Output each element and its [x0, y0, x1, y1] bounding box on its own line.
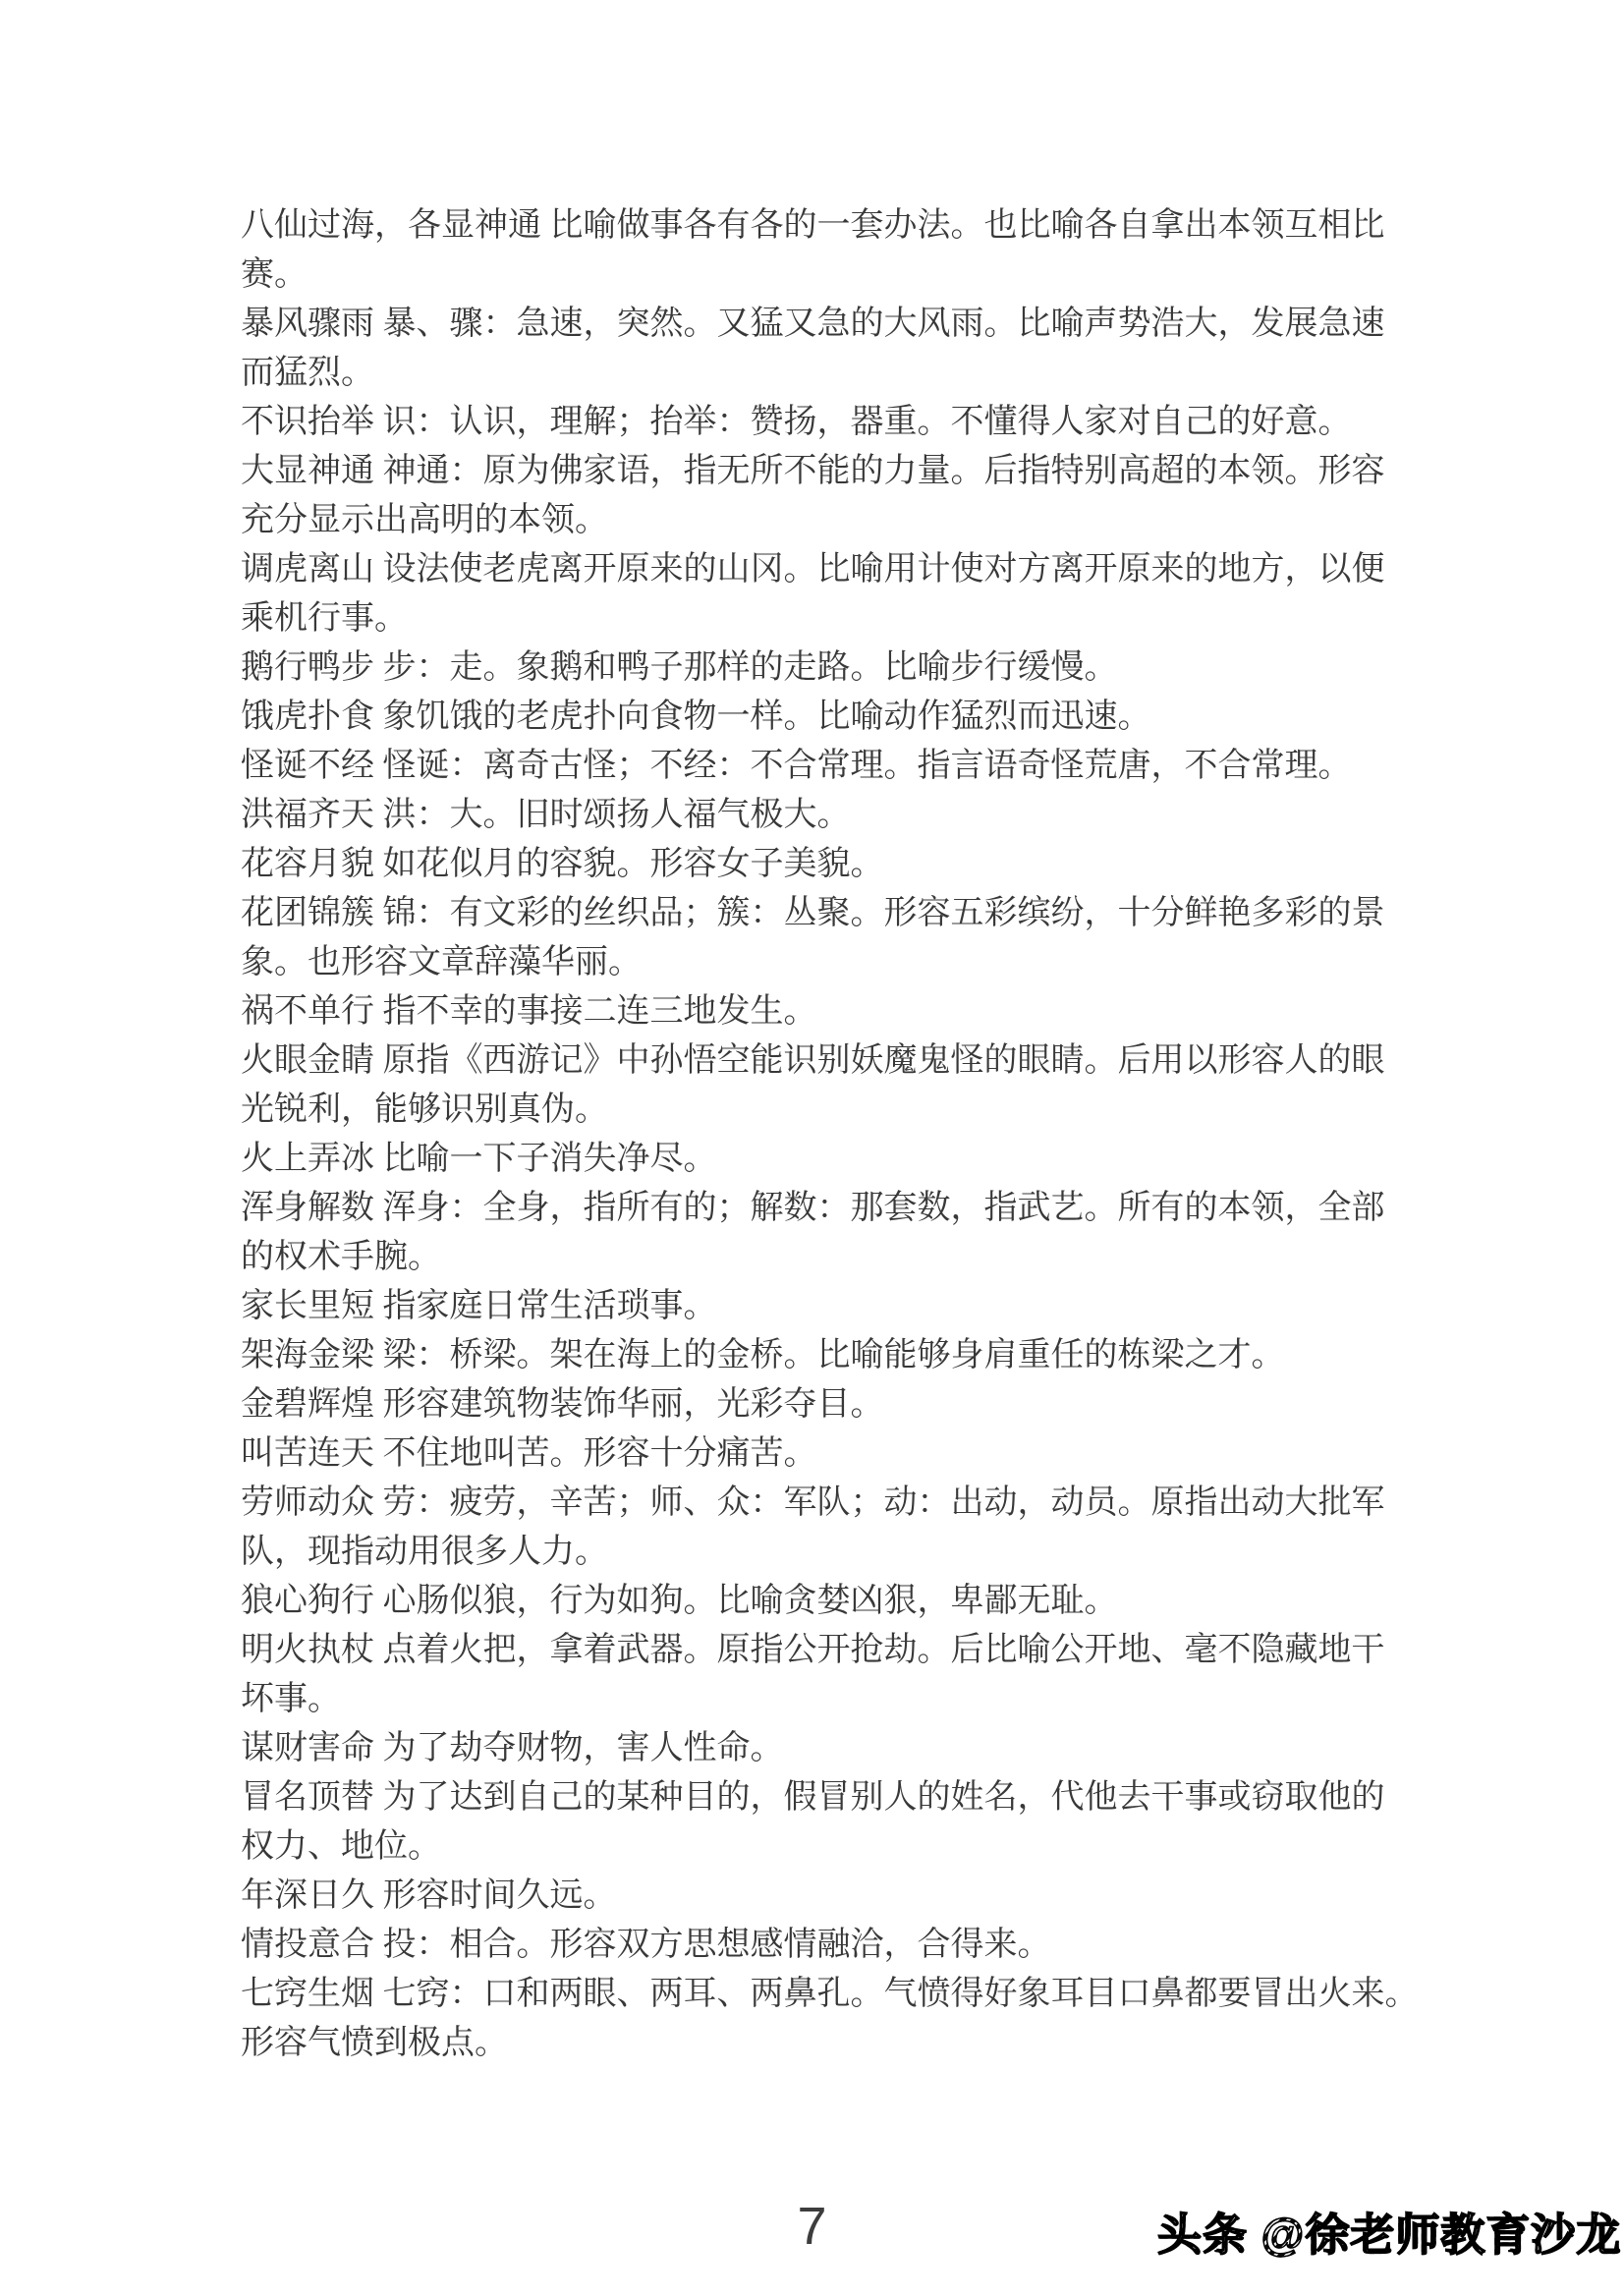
text-line: 狼心狗行 心肠似狼，行为如狗。比喻贪婪凶狠，卑鄙无耻。 — [241, 1577, 1479, 1626]
idiom-list: 八仙过海，各显神通 比喻做事各有各的一套办法。也比喻各自拿出本领互相比赛。暴风骤… — [241, 201, 1479, 2068]
idiom-entry: 怪诞不经 怪诞：离奇古怪；不经：不合常理。指言语奇怪荒唐，不合常理。 — [241, 742, 1479, 791]
text-line: 花容月貌 如花似月的容貌。形容女子美貌。 — [241, 840, 1479, 889]
text-line: 象。也形容文章辞藻华丽。 — [241, 938, 1479, 987]
idiom-entry: 明火执杖 点着火把，拿着武器。原指公开抢劫。后比喻公开地、毫不隐藏地干坏事。 — [241, 1626, 1479, 1724]
text-line: 年深日久 形容时间久远。 — [241, 1872, 1479, 1921]
text-line: 权力、地位。 — [241, 1822, 1479, 1872]
text-line: 叫苦连天 不住地叫苦。形容十分痛苦。 — [241, 1429, 1479, 1479]
text-line: 七窍生烟 七窍：口和两眼、两耳、两鼻孔。气愤得好象耳目口鼻都要冒出火来。 — [241, 1970, 1479, 2019]
text-line: 大显神通 神通：原为佛家语，指无所不能的力量。后指特别高超的本领。形容 — [241, 447, 1479, 496]
idiom-entry: 谋财害命 为了劫夺财物，害人性命。 — [241, 1724, 1479, 1773]
idiom-entry: 花团锦簇 锦：有文彩的丝织品；簇：丛聚。形容五彩缤纷，十分鲜艳多彩的景象。也形容… — [241, 889, 1479, 987]
text-line: 光锐利，能够识别真伪。 — [241, 1086, 1479, 1135]
text-line: 花团锦簇 锦：有文彩的丝织品；簇：丛聚。形容五彩缤纷，十分鲜艳多彩的景 — [241, 889, 1479, 938]
idiom-entry: 大显神通 神通：原为佛家语，指无所不能的力量。后指特别高超的本领。形容充分显示出… — [241, 447, 1479, 545]
watermark: 头条 @徐老师教育沙龙 — [1157, 2209, 1621, 2262]
text-line: 的权术手腕。 — [241, 1233, 1479, 1282]
idiom-entry: 情投意合 投：相合。形容双方思想感情融洽，合得来。 — [241, 1921, 1479, 1970]
idiom-entry: 洪福齐天 洪：大。旧时颂扬人福气极大。 — [241, 791, 1479, 840]
idiom-entry: 祸不单行 指不幸的事接二连三地发生。 — [241, 987, 1479, 1036]
text-line: 明火执杖 点着火把，拿着武器。原指公开抢劫。后比喻公开地、毫不隐藏地干 — [241, 1626, 1479, 1675]
text-line: 架海金梁 梁：桥梁。架在海上的金桥。比喻能够身肩重任的栋梁之才。 — [241, 1331, 1479, 1380]
idiom-entry: 浑身解数 浑身：全身，指所有的；解数：那套数，指武艺。所有的本领，全部的权术手腕… — [241, 1184, 1479, 1282]
idiom-entry: 七窍生烟 七窍：口和两眼、两耳、两鼻孔。气愤得好象耳目口鼻都要冒出火来。形容气愤… — [241, 1970, 1479, 2068]
text-line: 饿虎扑食 象饥饿的老虎扑向食物一样。比喻动作猛烈而迅速。 — [241, 693, 1479, 742]
text-line: 鹅行鸭步 步：走。象鹅和鸭子那样的走路。比喻步行缓慢。 — [241, 644, 1479, 693]
idiom-entry: 火眼金睛 原指《西游记》中孙悟空能识别妖魔鬼怪的眼睛。后用以形容人的眼光锐利，能… — [241, 1036, 1479, 1135]
text-line: 赛。 — [241, 251, 1479, 300]
idiom-entry: 饿虎扑食 象饥饿的老虎扑向食物一样。比喻动作猛烈而迅速。 — [241, 693, 1479, 742]
idiom-entry: 冒名顶替 为了达到自己的某种目的，假冒别人的姓名，代他去干事或窃取他的权力、地位… — [241, 1773, 1479, 1872]
text-line: 而猛烈。 — [241, 349, 1479, 398]
idiom-entry: 架海金梁 梁：桥梁。架在海上的金桥。比喻能够身肩重任的栋梁之才。 — [241, 1331, 1479, 1380]
idiom-entry: 狼心狗行 心肠似狼，行为如狗。比喻贪婪凶狠，卑鄙无耻。 — [241, 1577, 1479, 1626]
text-line: 暴风骤雨 暴、骤：急速，突然。又猛又急的大风雨。比喻声势浩大，发展急速 — [241, 300, 1479, 349]
text-line: 调虎离山 设法使老虎离开原来的山冈。比喻用计使对方离开原来的地方，以便 — [241, 545, 1479, 594]
text-line: 家长里短 指家庭日常生活琐事。 — [241, 1282, 1479, 1331]
text-line: 队，现指动用很多人力。 — [241, 1528, 1479, 1577]
idiom-entry: 不识抬举 识：认识，理解；抬举：赞扬，器重。不懂得人家对自己的好意。 — [241, 398, 1479, 447]
text-line: 劳师动众 劳：疲劳，辛苦；师、众：军队；动：出动，动员。原指出动大批军 — [241, 1479, 1479, 1528]
text-line: 火上弄冰 比喻一下子消失净尽。 — [241, 1135, 1479, 1184]
idiom-entry: 八仙过海，各显神通 比喻做事各有各的一套办法。也比喻各自拿出本领互相比赛。 — [241, 201, 1479, 300]
text-line: 怪诞不经 怪诞：离奇古怪；不经：不合常理。指言语奇怪荒唐，不合常理。 — [241, 742, 1479, 791]
text-line: 八仙过海，各显神通 比喻做事各有各的一套办法。也比喻各自拿出本领互相比 — [241, 201, 1479, 251]
text-line: 祸不单行 指不幸的事接二连三地发生。 — [241, 987, 1479, 1036]
text-line: 形容气愤到极点。 — [241, 2019, 1479, 2068]
text-line: 乘机行事。 — [241, 594, 1479, 644]
text-line: 火眼金睛 原指《西游记》中孙悟空能识别妖魔鬼怪的眼睛。后用以形容人的眼 — [241, 1036, 1479, 1086]
text-line: 不识抬举 识：认识，理解；抬举：赞扬，器重。不懂得人家对自己的好意。 — [241, 398, 1479, 447]
text-line: 冒名顶替 为了达到自己的某种目的，假冒别人的姓名，代他去干事或窃取他的 — [241, 1773, 1479, 1822]
idiom-entry: 鹅行鸭步 步：走。象鹅和鸭子那样的走路。比喻步行缓慢。 — [241, 644, 1479, 693]
text-line: 金碧辉煌 形容建筑物装饰华丽，光彩夺目。 — [241, 1380, 1479, 1429]
idiom-entry: 金碧辉煌 形容建筑物装饰华丽，光彩夺目。 — [241, 1380, 1479, 1429]
idiom-entry: 调虎离山 设法使老虎离开原来的山冈。比喻用计使对方离开原来的地方，以便乘机行事。 — [241, 545, 1479, 644]
idiom-entry: 家长里短 指家庭日常生活琐事。 — [241, 1282, 1479, 1331]
idiom-entry: 火上弄冰 比喻一下子消失净尽。 — [241, 1135, 1479, 1184]
text-line: 情投意合 投：相合。形容双方思想感情融洽，合得来。 — [241, 1921, 1479, 1970]
text-line: 谋财害命 为了劫夺财物，害人性命。 — [241, 1724, 1479, 1773]
idiom-entry: 叫苦连天 不住地叫苦。形容十分痛苦。 — [241, 1429, 1479, 1479]
idiom-entry: 暴风骤雨 暴、骤：急速，突然。又猛又急的大风雨。比喻声势浩大，发展急速而猛烈。 — [241, 300, 1479, 398]
text-line: 浑身解数 浑身：全身，指所有的；解数：那套数，指武艺。所有的本领，全部 — [241, 1184, 1479, 1233]
idiom-entry: 劳师动众 劳：疲劳，辛苦；师、众：军队；动：出动，动员。原指出动大批军队，现指动… — [241, 1479, 1479, 1577]
text-line: 充分显示出高明的本领。 — [241, 496, 1479, 545]
idiom-entry: 花容月貌 如花似月的容貌。形容女子美貌。 — [241, 840, 1479, 889]
text-line: 坏事。 — [241, 1675, 1479, 1724]
text-line: 洪福齐天 洪：大。旧时颂扬人福气极大。 — [241, 791, 1479, 840]
document-page: 八仙过海，各显神通 比喻做事各有各的一套办法。也比喻各自拿出本领互相比赛。暴风骤… — [0, 0, 1624, 2296]
idiom-entry: 年深日久 形容时间久远。 — [241, 1872, 1479, 1921]
